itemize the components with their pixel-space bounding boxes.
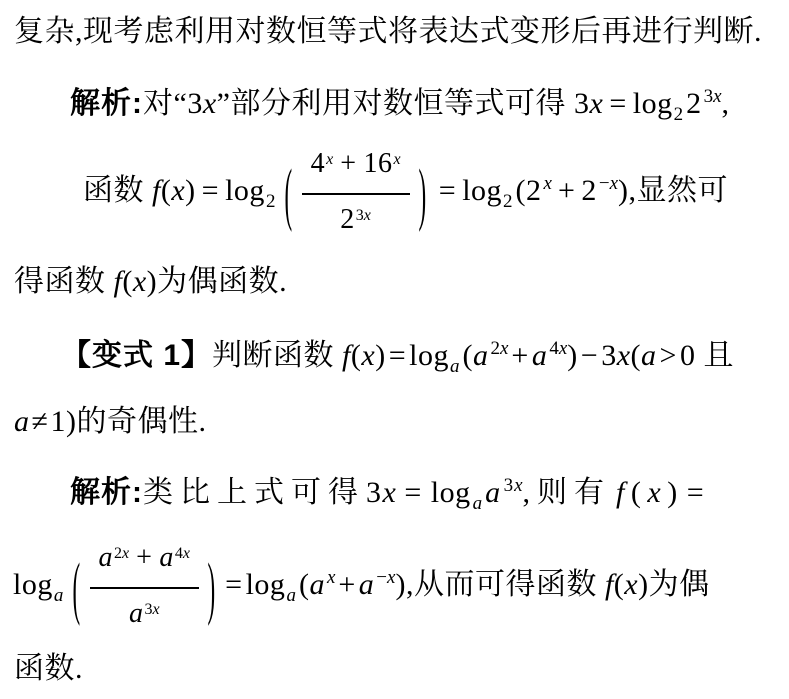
big-paren-close: ) <box>208 545 216 629</box>
paren-close: ) <box>185 174 196 207</box>
formula-1-lhs: 函数 f(x)=log2 <box>83 172 278 214</box>
line4-post: 为偶函数. <box>157 265 287 298</box>
closing-line: 函数. <box>14 650 83 688</box>
not-equal-sign: ≠ <box>32 405 49 438</box>
math-var-a: a <box>309 568 325 601</box>
exponent-num: 3 <box>356 207 364 224</box>
exponent-var: x <box>364 207 371 224</box>
paren-open: ( <box>614 568 625 601</box>
math-var-a: a <box>14 405 30 438</box>
exponent-num: 2 <box>114 545 122 562</box>
solution-1-label: 解析: <box>70 87 143 120</box>
math-var-a: a <box>485 476 501 509</box>
math-var-x: x <box>383 476 397 509</box>
log-base-value: 2 <box>674 104 684 125</box>
log-base-value: 2 <box>266 191 276 212</box>
exponent: 3x <box>704 78 722 116</box>
equals-sign: = <box>389 339 406 372</box>
equals-sign: = <box>609 87 626 120</box>
math-num: 16 <box>364 145 393 183</box>
variant-1-line: 【变式 1】判断函数 f(x)=loga(a2x+a4x)−3x(a>0 且 <box>61 337 734 379</box>
math-var-a: a <box>159 539 174 577</box>
variant-1-continuation: a≠1)的奇偶性. <box>14 403 206 441</box>
math-var-a: a <box>532 339 548 372</box>
log-base: 2 <box>674 96 684 134</box>
formula-1-line: 函数 f(x)=log2(4x+16x23x)=log2(2x+2−x),显然可 <box>83 147 728 239</box>
exponent: 2x <box>490 330 508 368</box>
intro-paragraph: 复杂,现考虑利用对数恒等式将表达式变形后再进行判断. <box>14 13 762 51</box>
log-base-value: a <box>286 585 296 606</box>
math-var-x: x <box>133 265 147 298</box>
exponent-var: x <box>387 567 395 588</box>
log-label: log <box>225 174 265 207</box>
exponent: x <box>394 141 401 179</box>
fraction-2-numerator: a2x+a4x <box>90 537 200 589</box>
paren-close: ) <box>638 568 649 601</box>
math-var-x: x <box>589 87 603 120</box>
formula-2-lhs: loga <box>13 566 66 608</box>
paren-open: ( <box>516 174 527 207</box>
greater-than-sign: > <box>660 339 677 372</box>
exponent: x <box>327 559 335 597</box>
log-label: log <box>633 87 673 120</box>
document-page: { "page": {"background": "#ffffff", "tex… <box>0 0 789 699</box>
formula-2-post2: 为偶 <box>649 568 710 601</box>
paren-open: ( <box>351 339 362 372</box>
log-base: a <box>473 485 483 523</box>
plus-sign: + <box>338 568 355 601</box>
exponent-minus: − <box>376 567 387 588</box>
paren-close: ) <box>147 265 158 298</box>
paren-open: ( <box>631 339 642 372</box>
exponent: x <box>326 141 333 179</box>
math-var-f: f <box>342 339 351 372</box>
big-paren-close: ) <box>418 151 426 235</box>
solution-1-text-pre: 对“ <box>143 87 187 120</box>
math-var-x: x <box>624 568 638 601</box>
log-base-value: a <box>473 493 483 514</box>
solution-2-pre: 类比上式可得 <box>143 476 365 509</box>
math-var-a: a <box>359 568 375 601</box>
log-base: 2 <box>503 183 513 221</box>
comma: , <box>722 87 730 120</box>
math-num: 2 <box>340 201 355 239</box>
formula-2-line: loga(a2x+a4xa3x)=loga(ax+a−x),从而可得函数 f(x… <box>13 541 710 633</box>
log-label: log <box>409 339 449 372</box>
solution-2-label: 解析: <box>70 476 143 509</box>
plus-sign: + <box>511 339 528 372</box>
exponent: −x <box>599 165 618 203</box>
exponent: 3x <box>144 591 159 629</box>
paren-close: ) <box>667 476 678 509</box>
line4-pre: 得函数 <box>14 265 114 298</box>
math-var-x: x <box>617 339 631 372</box>
variant-1-post: 0 且 <box>680 339 734 372</box>
exponent-var: x <box>544 173 552 194</box>
paren-close: ) <box>618 174 629 207</box>
paren-open: ( <box>462 339 473 372</box>
solution-1-text-mid: ”部分利用对数恒等式可得 <box>217 87 574 120</box>
log-label: log <box>431 476 471 509</box>
solution-2-mid: ,则有 <box>523 476 612 509</box>
minus-sign: − <box>581 339 598 372</box>
fraction-1-numerator: 4x+16x <box>302 143 410 195</box>
formula-1-continuation: 得函数 f(x)为偶函数. <box>14 263 287 301</box>
log-base: a <box>54 577 64 615</box>
formula-1-pre: 函数 <box>83 174 152 207</box>
equals-sign: = <box>404 476 421 509</box>
exponent-var: x <box>713 86 721 107</box>
formula-2-post: ,从而可得函数 <box>406 568 605 601</box>
log-label: log <box>462 174 502 207</box>
math-var-x: x <box>171 174 185 207</box>
exponent-var: x <box>152 601 159 618</box>
exponent-num: 3 <box>704 86 714 107</box>
math-num: 4 <box>311 145 326 183</box>
math-var-a: a <box>641 339 657 372</box>
log-label: log <box>246 568 286 601</box>
formula-1-rhs: =log2(2x+2−x),显然可 <box>433 172 728 214</box>
plus-sign: + <box>340 145 356 183</box>
solution-2-line: 解析:类比上式可得3x=logaa3x,则有f(x)= <box>70 474 712 516</box>
exponent: x <box>544 165 552 203</box>
math-var-f: f <box>616 476 625 509</box>
math-var-f: f <box>152 174 161 207</box>
line6-post: 1)的奇偶性. <box>50 405 206 438</box>
paren-close: ) <box>395 568 406 601</box>
math-var-a: a <box>129 595 144 633</box>
exponent: 2x <box>114 535 129 573</box>
math-num: 3 <box>601 339 617 372</box>
big-paren-open: ( <box>73 545 81 629</box>
paren-open: ( <box>299 568 310 601</box>
equals-sign: = <box>202 174 219 207</box>
math-num: 3 <box>574 87 590 120</box>
math-var-f: f <box>605 568 614 601</box>
math-var-x: x <box>203 87 217 120</box>
exponent-num: 4 <box>549 338 559 359</box>
log-label: log <box>13 568 53 601</box>
paren-open: ( <box>122 265 133 298</box>
exponent-num: 3 <box>504 475 514 496</box>
math-num: 2 <box>526 174 542 207</box>
exponent-var: x <box>500 338 508 359</box>
log-base-value: 2 <box>503 191 513 212</box>
exponent: 4x <box>175 535 190 573</box>
exponent: 4x <box>549 330 567 368</box>
exponent-minus: − <box>599 173 610 194</box>
equals-sign: = <box>439 174 456 207</box>
exponent-var: x <box>183 545 190 562</box>
exponent-var: x <box>610 173 618 194</box>
paren-close: ) <box>567 339 578 372</box>
exponent-var: x <box>326 151 333 168</box>
exponent-var: x <box>394 151 401 168</box>
exponent: 3x <box>356 197 371 235</box>
paren-open: ( <box>161 174 172 207</box>
math-var-x: x <box>647 476 661 509</box>
log-base-value: a <box>54 585 64 606</box>
math-num: 3 <box>187 87 203 120</box>
paren-close: ) <box>375 339 386 372</box>
log-base: a <box>450 348 460 386</box>
exponent-var: x <box>327 567 335 588</box>
exponent: −x <box>376 559 395 597</box>
variant-1-pre: 判断函数 <box>212 339 342 372</box>
math-num: 3 <box>366 476 382 509</box>
big-paren-open: ( <box>285 151 293 235</box>
plus-sign: + <box>136 539 152 577</box>
fraction-1-denominator: 23x <box>340 195 371 243</box>
log-base: a <box>286 577 296 615</box>
math-var-a: a <box>99 539 114 577</box>
math-var-a: a <box>473 339 489 372</box>
log-base: 2 <box>266 183 276 221</box>
equals-sign: = <box>225 568 242 601</box>
exponent-var: x <box>559 338 567 359</box>
fraction-1: 4x+16x23x <box>302 143 410 243</box>
log-base-value: a <box>450 356 460 377</box>
math-num: 2 <box>581 174 597 207</box>
math-num: 2 <box>686 87 702 120</box>
formula-1-post: ,显然可 <box>629 174 729 207</box>
variant-1-label: 【变式 1】 <box>61 339 212 372</box>
fraction-2-denominator: a3x <box>129 589 160 637</box>
exponent-var: x <box>122 545 129 562</box>
exponent-var: x <box>514 475 522 496</box>
solution-1-line: 解析:对“3x”部分利用对数恒等式可得 3x=log223x, <box>70 85 730 127</box>
math-var-x: x <box>361 339 375 372</box>
paren-open: ( <box>631 476 642 509</box>
formula-2-rhs: =loga(ax+a−x),从而可得函数 f(x)为偶 <box>222 566 709 608</box>
exponent: 3x <box>503 467 523 505</box>
exponent-num: 2 <box>490 338 500 359</box>
equals-sign: = <box>687 476 704 509</box>
exponent-num: 4 <box>175 545 183 562</box>
plus-sign: + <box>558 174 575 207</box>
fraction-2: a2x+a4xa3x <box>90 537 200 637</box>
